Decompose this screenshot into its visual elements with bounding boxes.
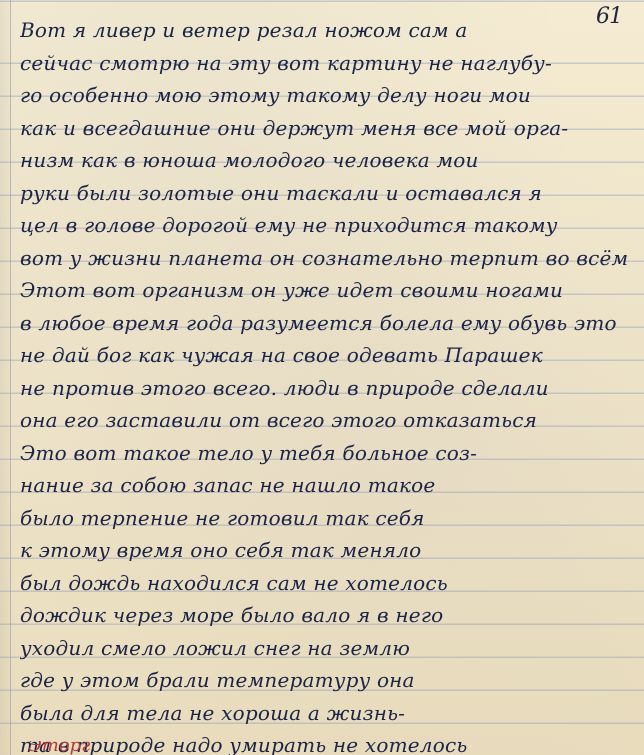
text-line: цел в голове дорогой ему не приходится т… <box>20 209 634 242</box>
text-line: была для тела не хороша а жизнь- <box>20 697 634 730</box>
text-line: сейчас смотрю на эту вот картину не нагл… <box>20 47 634 80</box>
text-line: к этому время оно себя так меняло <box>20 534 634 567</box>
text-line: было терпение не готовил так себя <box>20 502 634 535</box>
text-line: уходил смело ложил снег на землю <box>20 632 634 665</box>
handwritten-text: Вот я ливер и ветер резал ножом сам а се… <box>20 14 634 755</box>
text-line: Это вот такое тело у тебя больное соз- <box>20 437 634 470</box>
text-line: Вот я ливер и ветер резал ножом сам а <box>20 14 634 47</box>
text-line: в любое время года разумеется болела ему… <box>20 307 634 340</box>
text-line: не против этого всего. люди в природе сд… <box>20 372 634 405</box>
red-heading-fragment: Эторг <box>28 741 90 755</box>
text-line: низм как в юноша молодого человека мои <box>20 144 634 177</box>
text-line: Этот вот организм он уже идет своими ног… <box>20 274 634 307</box>
text-line: как и всегдашние они держут меня все мой… <box>20 112 634 145</box>
text-line: она его заставили от всего этого отказат… <box>20 404 634 437</box>
text-line: вот у жизни планета он сознательно терпи… <box>20 242 634 275</box>
notebook-page: 61 Вот я ливер и ветер резал ножом сам а… <box>0 0 644 755</box>
text-line: нание за собою запас не нашло такое <box>20 469 634 502</box>
text-line: был дождь находился сам не хотелось <box>20 567 634 600</box>
next-page-edge: Эторг <box>0 741 644 755</box>
text-line: дождик через море было вало я в него <box>20 599 634 632</box>
text-line: не дай бог как чужая на свое одевать Пар… <box>20 339 634 372</box>
text-line: руки были золотые они таскали и оставалс… <box>20 177 634 210</box>
text-line: го особенно мою этому такому делу ноги м… <box>20 79 634 112</box>
text-line: где у этом брали температуру она <box>20 664 634 697</box>
